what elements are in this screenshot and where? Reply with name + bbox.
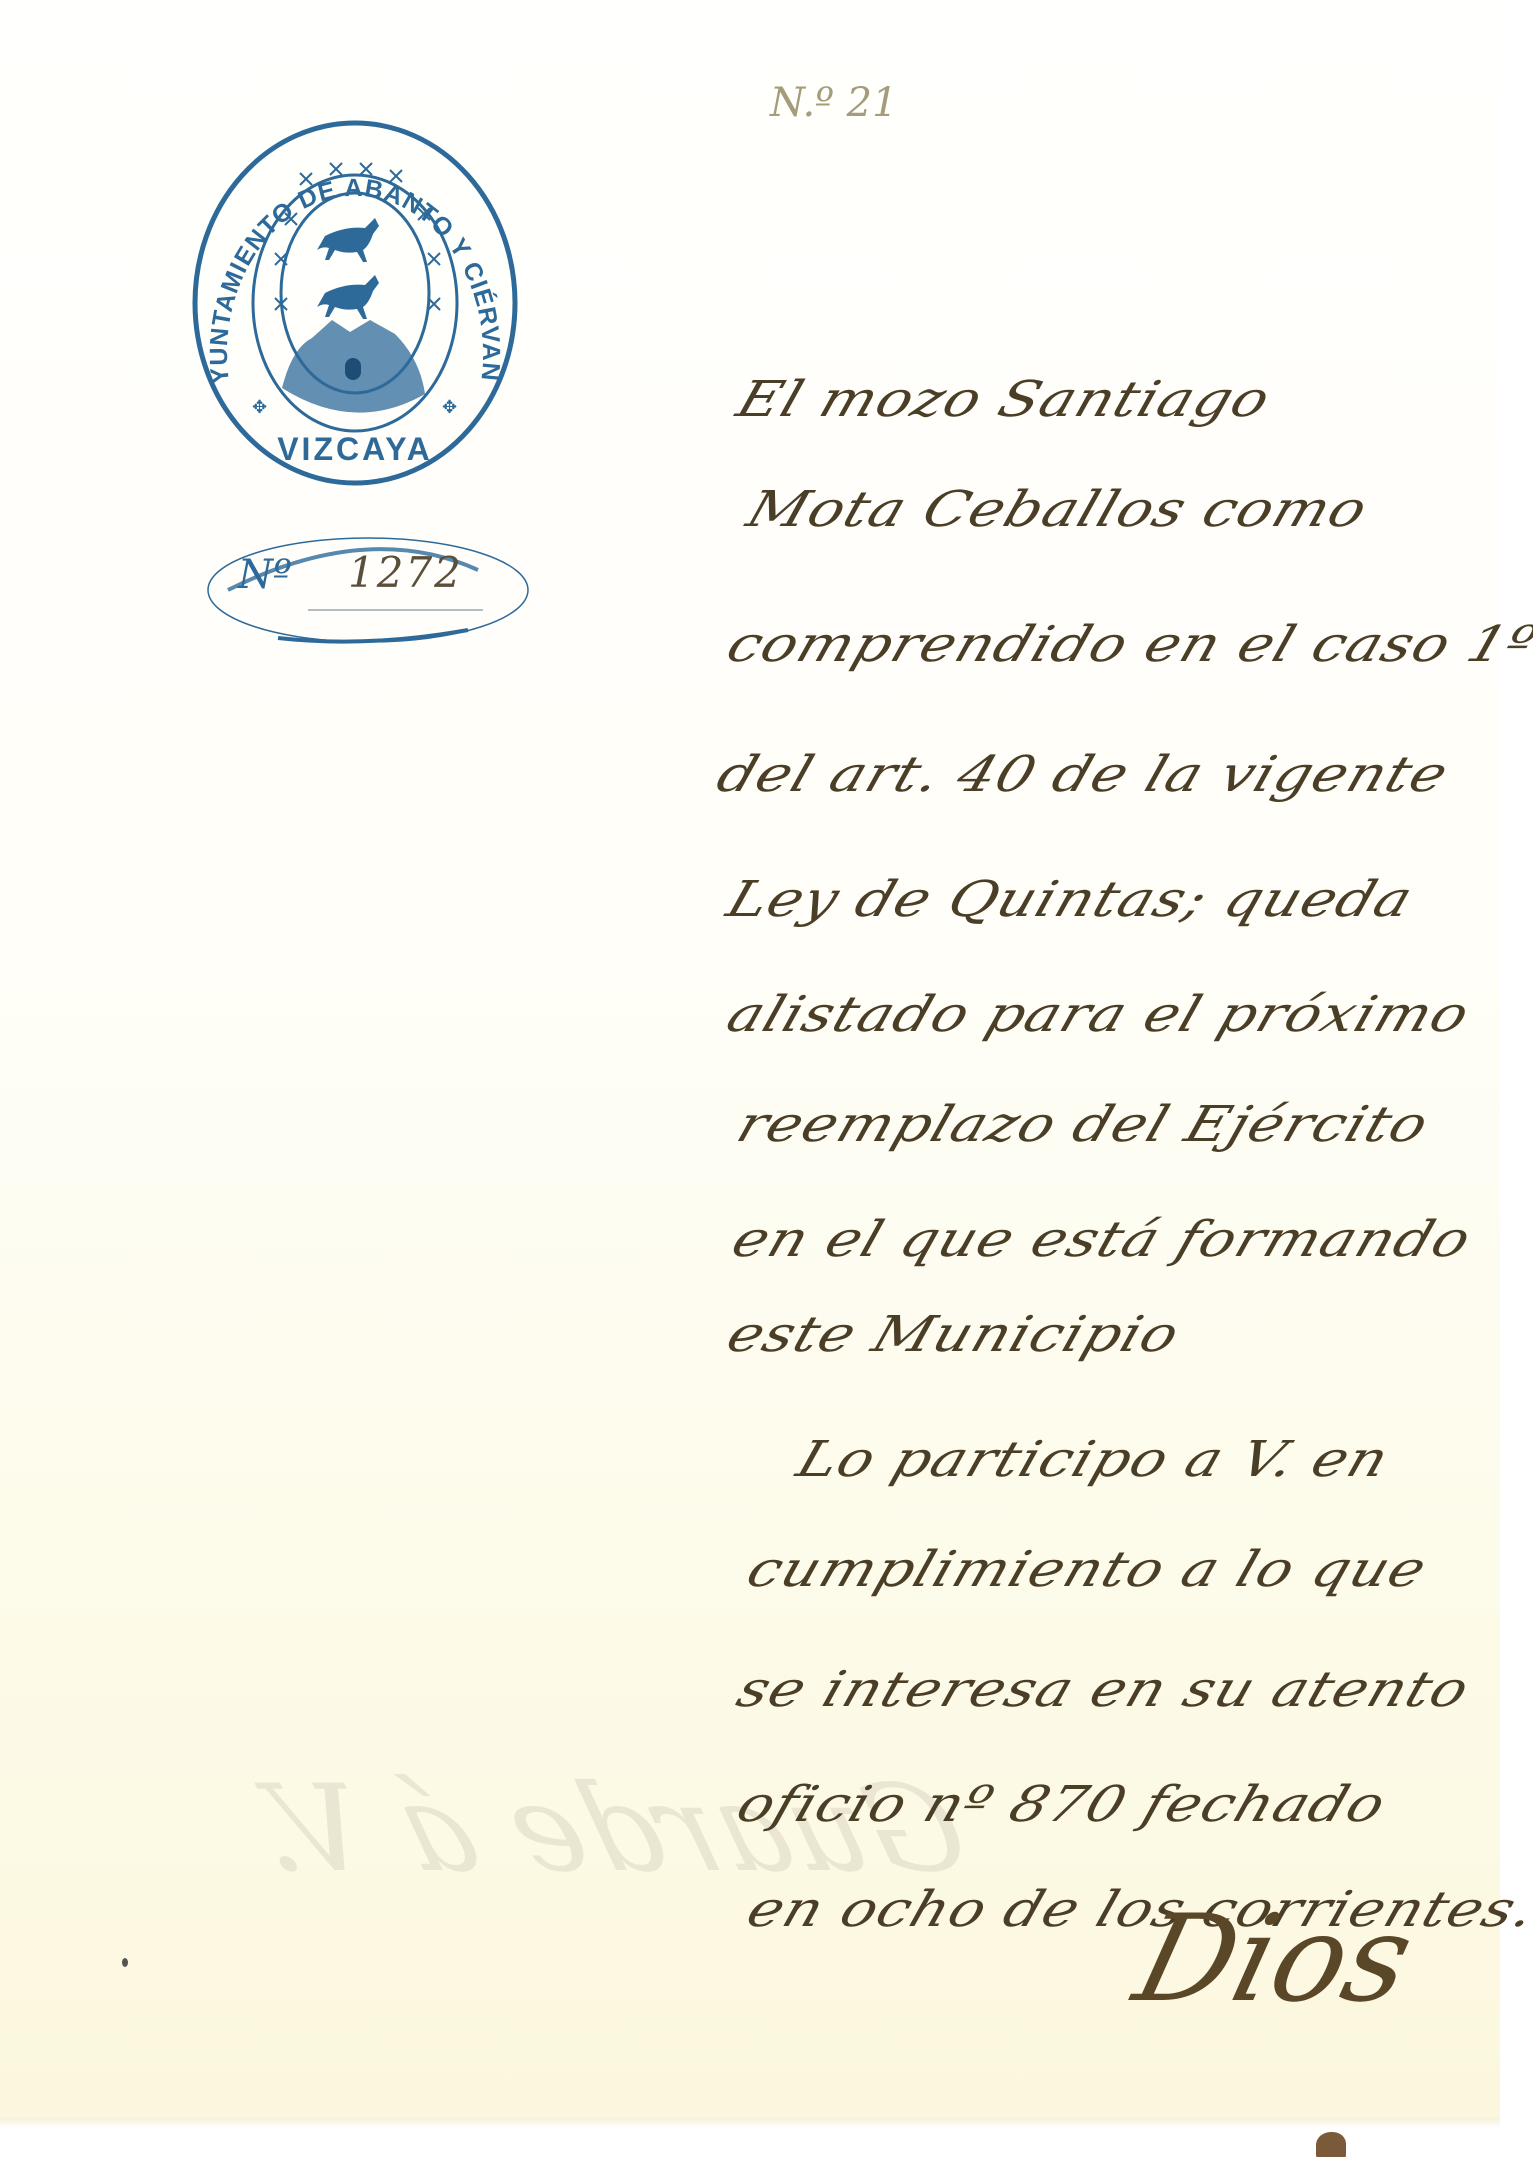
paper-edge [0, 2118, 1500, 2128]
ink-blot [1316, 2132, 1346, 2157]
municipal-coat-of-arms-icon: AYUNTAMIENTO DE ABANTO Y CIÉRVANA VIZCAY… [190, 118, 520, 488]
closing-word: Dios [1123, 1890, 1426, 2029]
letter-line: alistado para el próximo [720, 985, 1477, 1043]
municipal-seal: AYUNTAMIENTO DE ABANTO Y CIÉRVANA VIZCAY… [190, 118, 520, 488]
letter-line: oficio nº 870 fechado [730, 1775, 1394, 1833]
ink-speck [122, 1958, 128, 1967]
letter-line: Mota Ceballos como [740, 480, 1375, 538]
svg-text:✥: ✥ [442, 397, 457, 418]
document-page: Guarde á V. N.º 21 AYUNTAMIENTO DE ABANT… [0, 0, 1500, 2125]
letter-line: cumplimiento a lo que [740, 1540, 1434, 1598]
registry-number-value: 1272 [348, 548, 463, 597]
letter-line: del art. 40 de la vigente [710, 745, 1456, 803]
svg-text:VIZCAYA: VIZCAYA [277, 431, 433, 467]
letter-line: Ley de Quintas; queda [720, 870, 1421, 928]
letter-line: este Municipio [720, 1305, 1187, 1363]
letter-line: Lo participo a V. en [790, 1430, 1397, 1488]
folio-number: N.º 21 [770, 80, 898, 126]
letter-line: en el que está formando [725, 1210, 1479, 1268]
registry-number-prefix: Nº [238, 552, 292, 598]
letter-line: comprendido en el caso 1º [720, 615, 1533, 673]
letter-line: El mozo Santiago [730, 370, 1278, 428]
letter-line: reemplazo del Ejército [730, 1095, 1436, 1153]
letter-line: se interesa en su atento [730, 1660, 1477, 1718]
svg-text:✥: ✥ [252, 397, 267, 418]
registry-number-cartouche: Nº 1272 [198, 530, 538, 650]
